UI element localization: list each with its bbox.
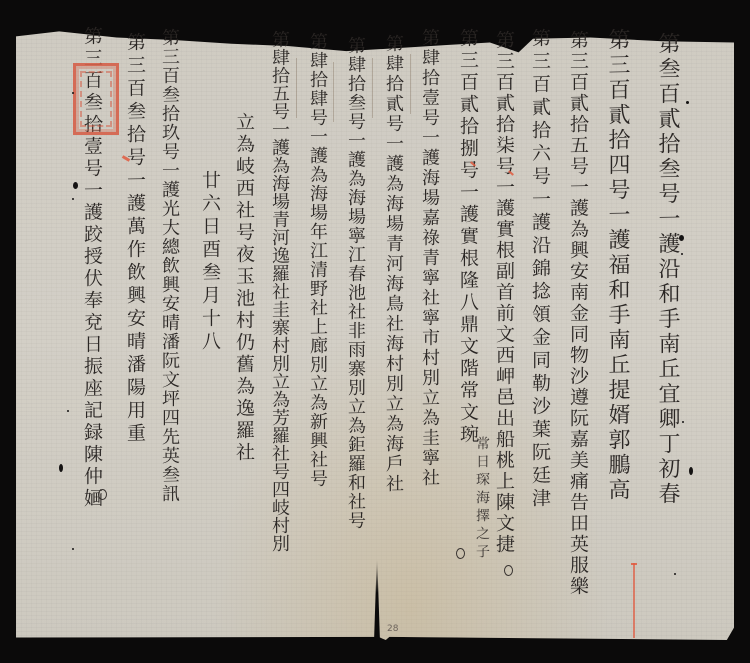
paper-fold-line	[372, 58, 373, 118]
red-seal	[73, 63, 119, 135]
binding-hole	[67, 410, 69, 412]
end-mark	[98, 489, 107, 500]
end-mark	[456, 548, 465, 559]
text-column: 第三百貳拾六号一護沿錦捻領金同勒沙葉阮廷津	[530, 28, 549, 511]
text-column: 第肆拾五号一護為海場青河逸羅社圭寨村別立為芳羅社号四岐村別	[270, 30, 288, 552]
paper-fold-line	[410, 54, 411, 114]
binding-hole	[689, 467, 693, 475]
paper-fold-line	[296, 58, 297, 118]
binding-hole	[72, 198, 74, 200]
text-column: 第三百貳拾四号一護福和手南丘提婿郭鵬高	[606, 28, 628, 503]
text-column: 第三百貳拾五号一護為興安南金同物沙遵阮嘉美痛告田英服樂	[568, 30, 587, 597]
binding-hole	[681, 253, 683, 255]
red-margin-line	[631, 563, 637, 565]
text-column: 第叁百貳拾叁号一護沿和手南丘宜卿丁初春	[656, 32, 678, 507]
date-column: 廿六日酉叁月十八	[200, 170, 219, 354]
text-column: 第三百貳拾柒号一護實根副首前文西岬邑出船桃上陳文捷	[494, 30, 513, 555]
text-column: 第肆拾肆号一護為海場年江清野社上廊別立為新興社号	[308, 32, 326, 488]
binding-hole	[682, 421, 684, 423]
text-column: 第三百叁拾玖号一護光大總飲興安晴潘阮文坪四先英叁訊	[160, 28, 178, 503]
text-column: 第肆拾壹号一護海場嘉祿青寧社寧市村別立為圭寧社	[420, 28, 438, 488]
red-margin-line	[633, 563, 635, 638]
page-number: 28	[387, 624, 398, 634]
text-column: 第三百叁拾号一護萬作飲興安晴潘陽用重	[125, 32, 144, 446]
binding-hole	[72, 548, 74, 550]
binding-hole	[72, 92, 74, 94]
annotation-column: 常日琛海擇之子	[475, 436, 489, 562]
text-column: 立為岐西社号夜玉池村仍舊為逸羅社	[234, 112, 253, 464]
binding-hole	[686, 101, 689, 104]
text-column: 第三百貳拾捌号一護實根隆八鼎文階常文琬	[458, 28, 477, 446]
binding-hole	[59, 464, 63, 472]
binding-hole	[679, 235, 684, 241]
end-mark	[504, 565, 513, 576]
text-column: 第肆拾貳号一護為海場青河海鳥社海村別立為海戶社	[384, 34, 402, 494]
paper-fold-line	[333, 62, 334, 122]
binding-hole	[674, 573, 676, 575]
text-column: 第肆拾叁号一護為海場寧江春池社非雨寨別立為鉅羅和社号	[346, 36, 364, 530]
binding-hole	[73, 182, 78, 189]
